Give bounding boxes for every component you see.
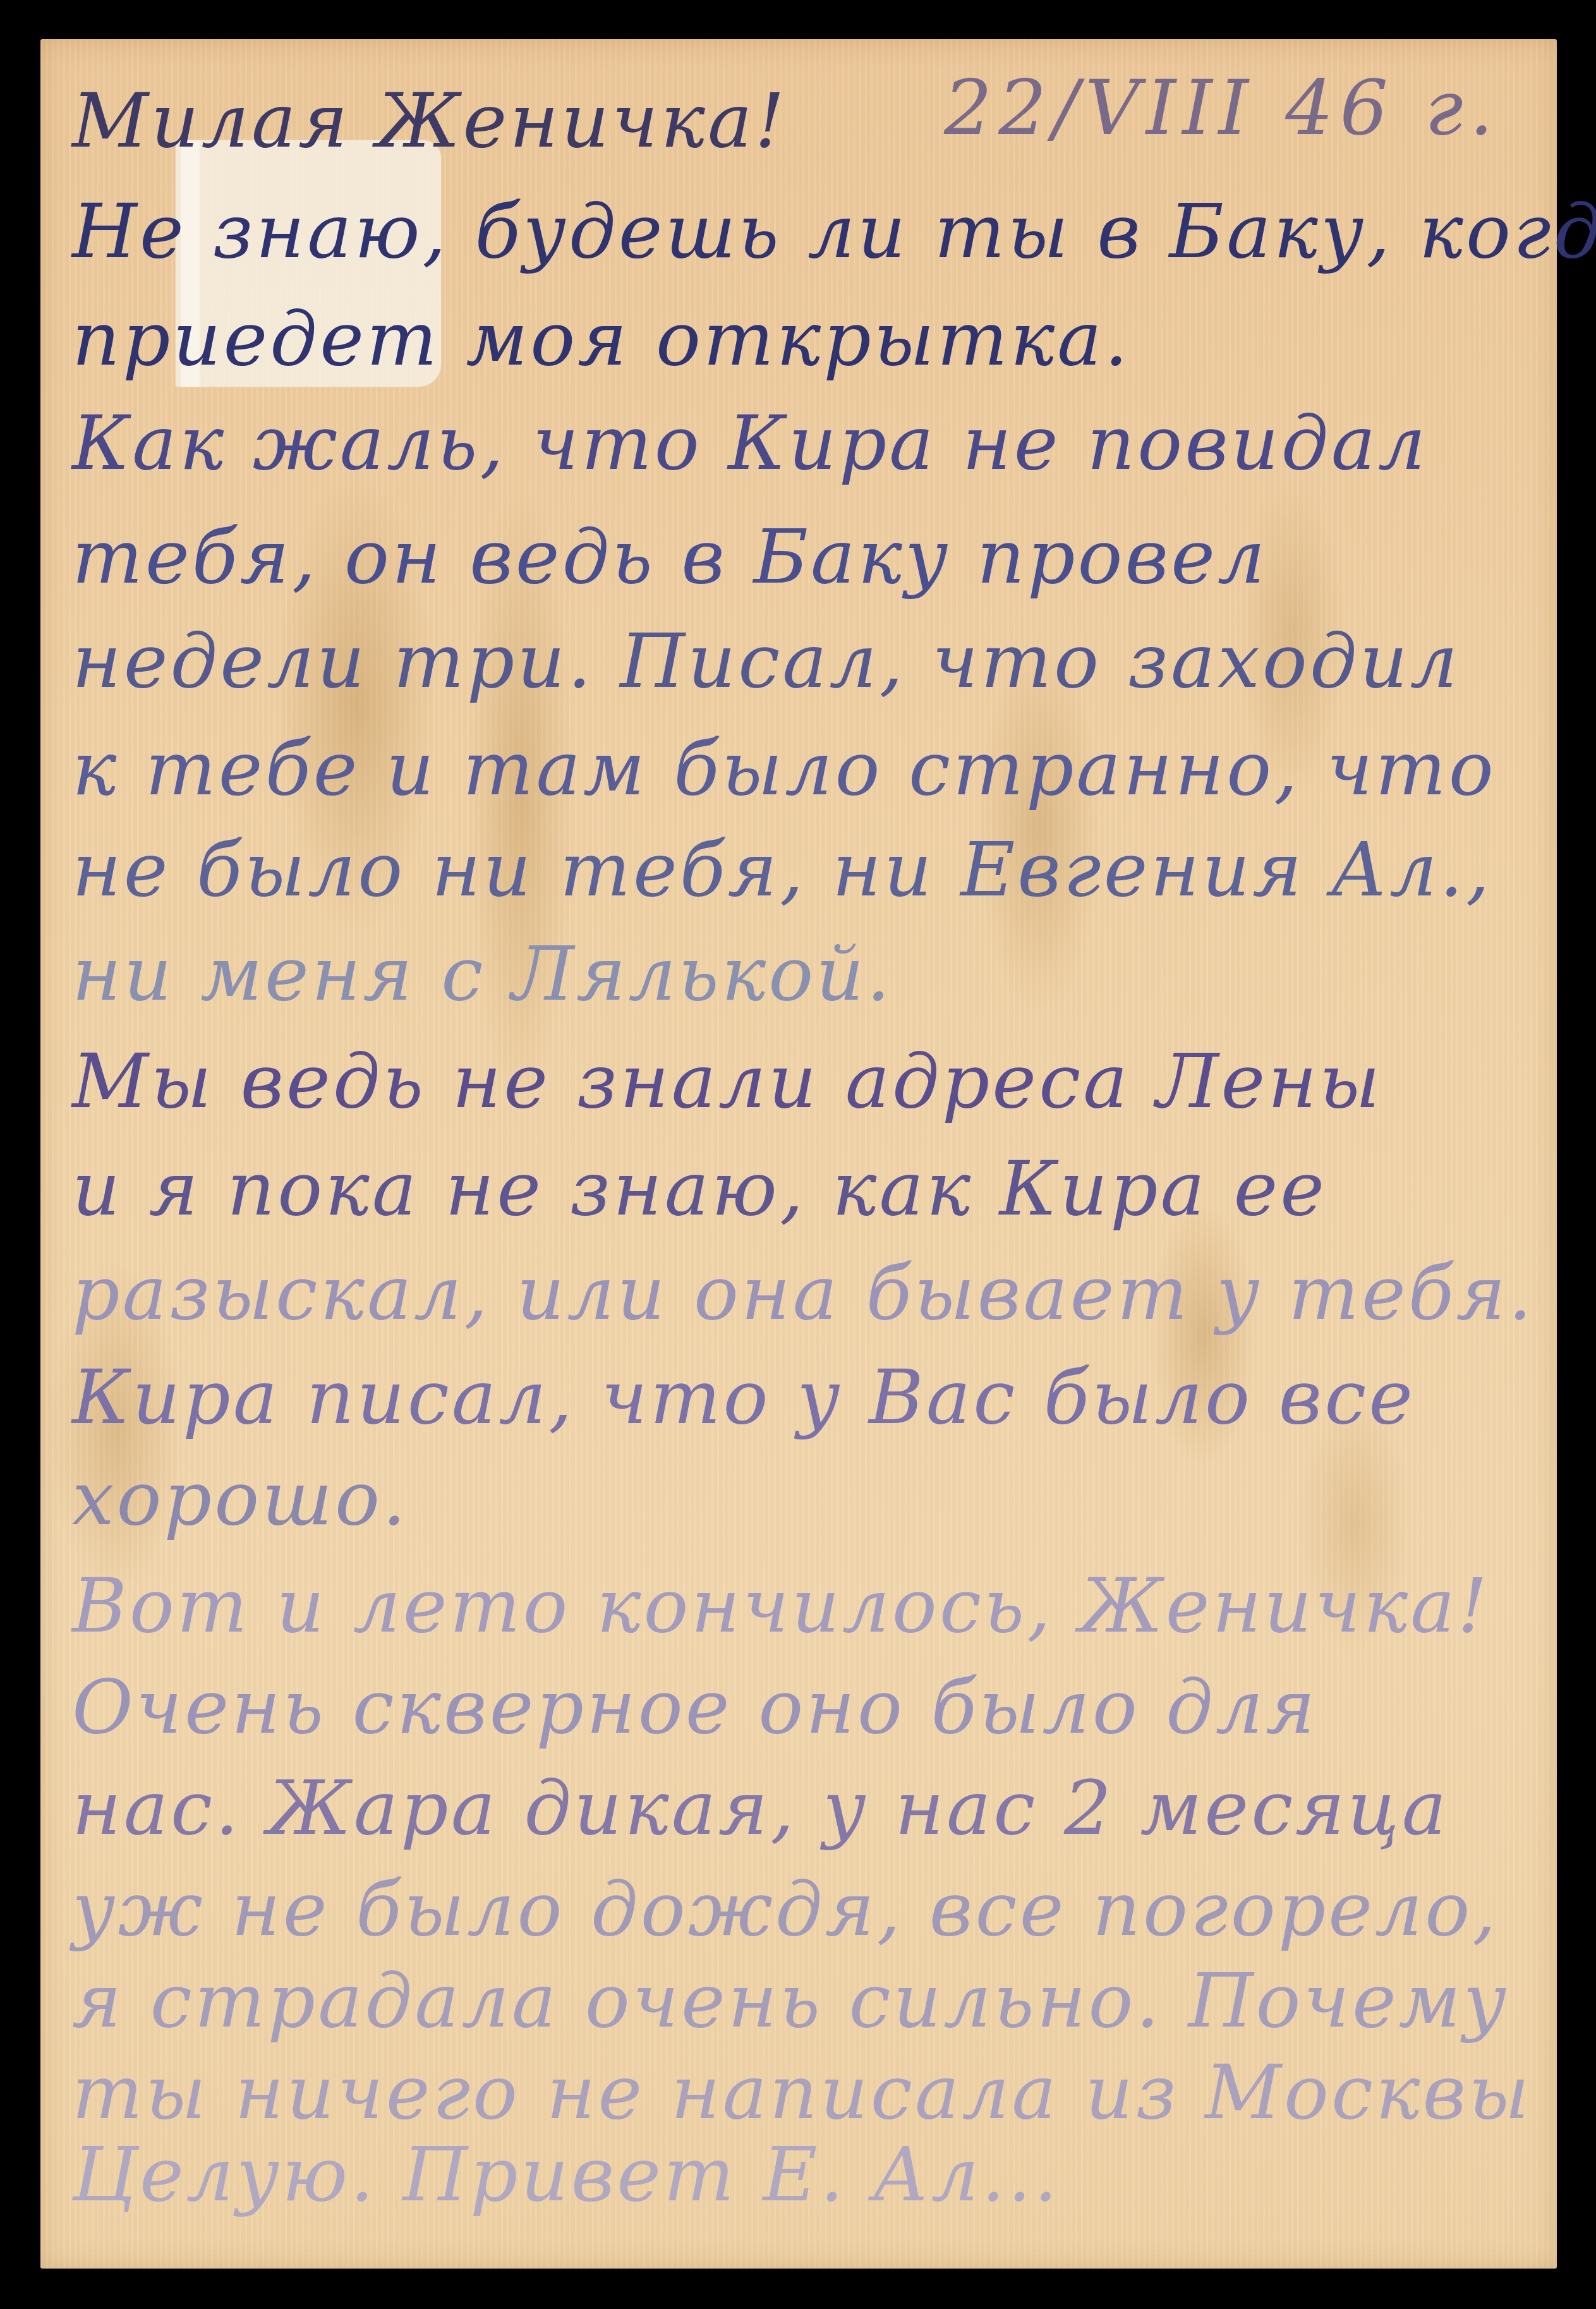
- handwritten-line: тебя, он ведь в Баку провел: [72, 519, 1267, 594]
- handwritten-line: к тебе и там было странно, что: [72, 731, 1496, 806]
- handwritten-line: Кира писал, что у Вас было все: [72, 1360, 1415, 1434]
- handwritten-line: Очень скверное оно было для: [72, 1670, 1317, 1744]
- handwritten-line: Мы ведь не знали адреса Лены: [72, 1044, 1382, 1118]
- handwritten-line: ни меня с Лялькой.: [72, 936, 893, 1011]
- handwritten-line: разыскал, или она бывает у тебя.: [72, 1256, 1534, 1330]
- handwritten-line: Не знаю, будешь ли ты в Баку, когда: [72, 194, 1596, 269]
- handwritten-line: ты ничего не написала из Москвы: [72, 2055, 1532, 2130]
- handwritten-line: и я пока не знаю, как Кира ее: [72, 1151, 1327, 1226]
- handwritten-line: не было ни тебя, ни Евгения Ал.,: [72, 832, 1492, 907]
- handwritten-line: Милая Женичка!: [72, 83, 787, 158]
- handwritten-line: нас. Жара дикая, у нас 2 месяца: [72, 1771, 1449, 1845]
- handwritten-line: Целую. Привет Е. Ал...: [72, 2137, 1060, 2212]
- letter-date: 22/VIII 46 г.: [944, 64, 1500, 152]
- handwritten-line: я страдала очень сильно. Почему: [72, 1963, 1509, 2038]
- handwritten-line: приедет моя открытка.: [72, 301, 1130, 376]
- handwritten-line: хорошо.: [72, 1461, 409, 1536]
- handwritten-line: недели три. Писал, что заходил: [72, 624, 1460, 698]
- postcard: 22/VIII 46 г. Милая Женичка!Не знаю, буд…: [40, 39, 1557, 2269]
- handwritten-line: Вот и лето кончилось, Женичка!: [72, 1568, 1490, 1643]
- handwritten-line: уж не было дождя, все погорело,: [72, 1872, 1499, 1946]
- handwritten-line: Как жаль, что Кира не повидал: [72, 406, 1428, 480]
